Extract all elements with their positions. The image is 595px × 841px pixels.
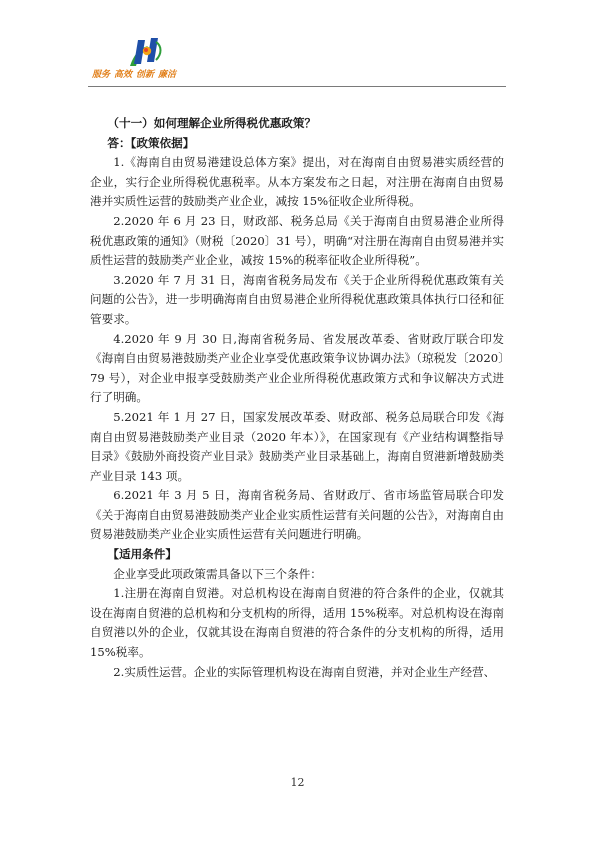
logo-slogan: 服务高效创新廉洁	[92, 67, 180, 80]
slogan-word: 服务	[92, 70, 110, 80]
condition-item: 1.注册在海南自贸港。对总机构设在海南自贸港的符合条件的企业，仅就其设在海南自贸…	[90, 584, 504, 662]
conditions-heading: 【适用条件】	[90, 545, 504, 565]
conditions-intro: 企业享受此项政策需具备以下三个条件：	[90, 565, 504, 585]
header-logo: 服务高效创新廉洁	[92, 36, 202, 80]
hainan-tax-logo-icon	[126, 36, 166, 70]
question-title: （十一）如何理解企业所得税优惠政策？	[90, 114, 504, 134]
policy-basis-item: 6.2021 年 3 月 5 日，海南省税务局、省财政厅、省市场监管局联合印发《…	[90, 486, 504, 545]
slogan-word: 创新	[136, 70, 154, 80]
page-number: 12	[0, 776, 595, 789]
condition-item: 2.实质性运营。企业的实际管理机构设在海南自贸港，并对企业生产经营、	[90, 663, 504, 683]
policy-basis-item: 3.2020 年 7 月 31 日，海南省税务局发布《关于企业所得税优惠政策有关…	[90, 271, 504, 330]
policy-basis-item: 1.《海南自由贸易港建设总体方案》提出，对在海南自由贸易港实质经营的企业，实行企…	[90, 153, 504, 212]
header-divider	[88, 86, 506, 87]
policy-basis-item: 5.2021 年 1 月 27 日，国家发展改革委、财政部、税务总局联合印发《海…	[90, 408, 504, 486]
policy-basis-item: 2.2020 年 6 月 23 日，财政部、税务总局《关于海南自由贸易港企业所得…	[90, 212, 504, 271]
answer-heading: 答：【政策依据】	[90, 134, 504, 154]
slogan-word: 廉洁	[158, 70, 176, 80]
document-body: （十一）如何理解企业所得税优惠政策？ 答：【政策依据】 1.《海南自由贸易港建设…	[90, 114, 504, 682]
policy-basis-item: 4.2020 年 9 月 30 日,海南省税务局、省发展改革委、省财政厅联合印发…	[90, 330, 504, 408]
slogan-word: 高效	[114, 70, 132, 80]
